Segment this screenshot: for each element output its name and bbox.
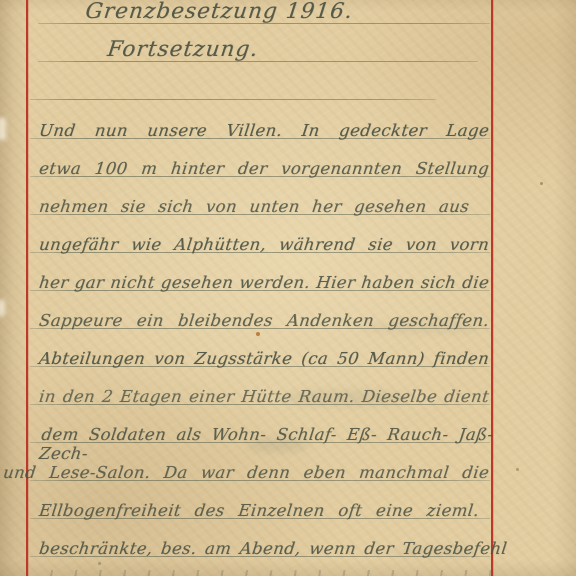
diary-page: Grenzbesetzung 1916. Fortsetzung. Und nu… [0, 0, 576, 576]
paper-edge-highlight [0, 300, 5, 316]
paper-speck [516, 468, 519, 471]
left-margin-line [26, 0, 28, 576]
paper-speck [98, 562, 101, 565]
page-subtitle: Fortsetzung. [106, 38, 260, 62]
handwritten-line: und Lese-Salon. Da war denn eben manchma… [2, 463, 490, 482]
handwritten-line: her gar nicht gesehen werden. Hier haben… [38, 273, 490, 292]
handwritten-line: Sappeure ein bleibendes Andenken geschaf… [38, 311, 490, 330]
handwritten-line: beschränkte, bes. am Abend, wenn der Tag… [38, 539, 508, 558]
right-margin-line [491, 0, 493, 576]
ruled-line [38, 61, 478, 62]
paper-speck [256, 332, 260, 336]
handwritten-line: etwa 100 m hinter der vorgenannten Stell… [38, 159, 490, 178]
handwritten-line: nehmen sie sich von unten her gesehen au… [38, 197, 470, 216]
handwritten-line: Und nun unsere Villen. In gedeckter Lage [38, 121, 490, 140]
paper-speck [540, 182, 543, 185]
handwritten-line: dem Soldaten als Wohn- Schlaf- Eß- Rauch… [38, 425, 495, 463]
handwritten-line: Abteilungen von Zugsstärke (ca 50 Mann) … [38, 349, 490, 368]
ruled-line [30, 99, 436, 100]
handwritten-line: Ellbogenfreiheit des Einzelnen oft eine … [38, 501, 480, 520]
clipped-next-line [42, 570, 494, 576]
handwritten-line: in den 2 Etagen einer Hütte Raum. Diesel… [38, 387, 490, 406]
page-title: Grenzbesetzung 1916. [84, 0, 354, 24]
paper-edge-highlight [0, 118, 6, 140]
handwritten-line: ungefähr wie Alphütten, während sie von … [38, 235, 490, 254]
